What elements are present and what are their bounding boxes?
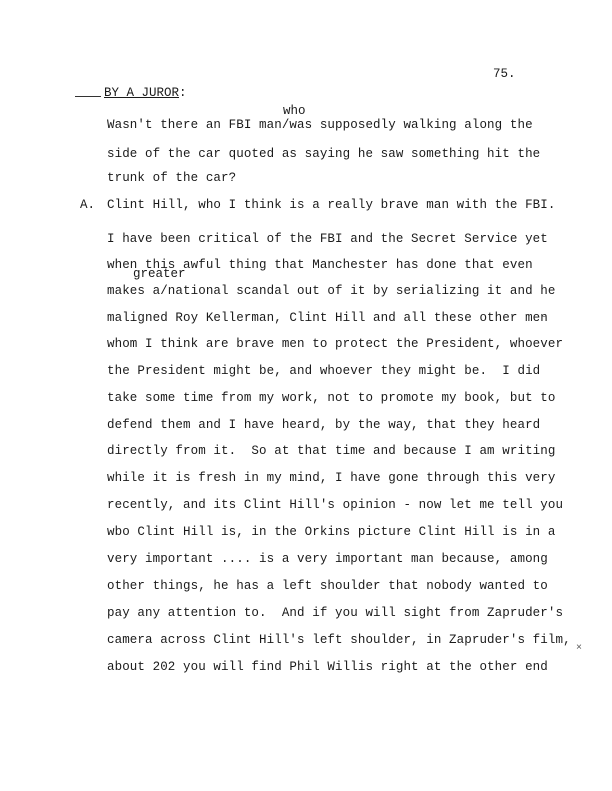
answer-label: A. xyxy=(80,198,95,212)
question-insert: who xyxy=(283,104,306,118)
margin-mark: × xyxy=(576,643,582,654)
answer-line: other things, he has a left shoulder tha… xyxy=(107,579,548,593)
answer-line: I have been critical of the FBI and the … xyxy=(107,232,548,246)
answer-line: directly from it. So at that time and be… xyxy=(107,444,555,458)
answer-line: pay any attention to. And if you will si… xyxy=(107,606,563,620)
question-line: Wasn't there an FBI man/was supposedly w… xyxy=(107,118,533,132)
answer-line: very important .... is a very important … xyxy=(107,552,548,566)
page-number: 75. xyxy=(493,67,516,81)
answer-line: camera across Clint Hill's left shoulder… xyxy=(107,633,571,647)
margin-mark: – xyxy=(541,312,547,323)
answer-line: about 202 you will find Phil Willis righ… xyxy=(107,660,548,674)
answer-line: the President might be, and whoever they… xyxy=(107,364,540,378)
answer-line: take some time from my work, not to prom… xyxy=(107,391,555,405)
answer-line: Clint Hill, who I think is a really brav… xyxy=(107,198,555,212)
transcript-page: 75. BY A JUROR: who Wasn't there an FBI … xyxy=(0,0,612,791)
answer-line: recently, and its Clint Hill's opinion -… xyxy=(107,498,563,512)
speaker-heading: BY A JUROR: xyxy=(104,86,187,100)
speaker-name: BY A JUROR xyxy=(104,86,179,100)
question-line: side of the car quoted as saying he saw … xyxy=(107,147,540,161)
answer-line: maligned Roy Kellerman, Clint Hill and a… xyxy=(107,311,548,325)
answer-line: while it is fresh in my mind, I have gon… xyxy=(107,471,555,485)
speaker-rule xyxy=(75,96,101,97)
answer-line: when this awful thing that Manchester ha… xyxy=(107,258,533,272)
question-line: trunk of the car? xyxy=(107,171,236,185)
speaker-colon: : xyxy=(179,86,187,100)
answer-line: makes a/national scandal out of it by se… xyxy=(107,284,555,298)
answer-line: wbo Clint Hill is, in the Orkins picture… xyxy=(107,525,555,539)
answer-line: defend them and I have heard, by the way… xyxy=(107,418,540,432)
answer-line: whom I think are brave men to protect th… xyxy=(107,337,563,351)
